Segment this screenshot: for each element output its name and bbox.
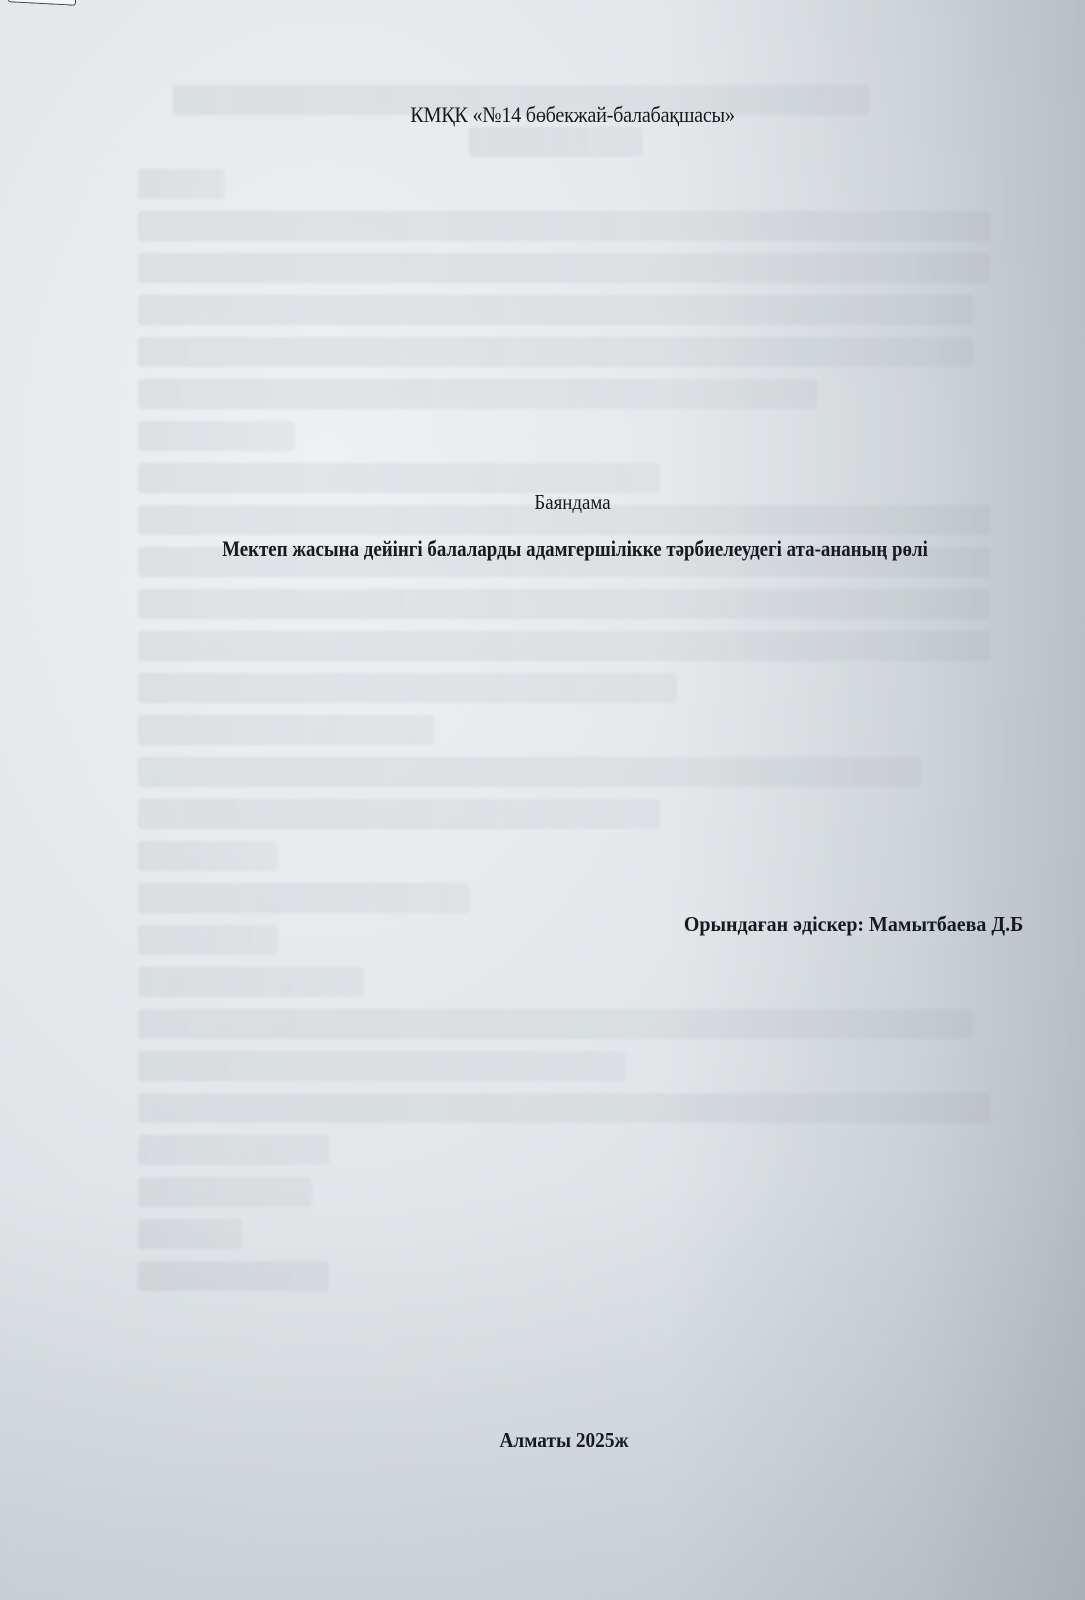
paper-shadow-bottom [0, 1180, 1085, 1600]
author-line: Орындаған әдіскер: Мамытбаева Д.Б [684, 912, 1023, 937]
city-year: Алматы 2025ж [45, 1428, 1083, 1453]
paper-shadow-right [665, 0, 1085, 1600]
reverse-page-bleed-through [138, 85, 1008, 1303]
institution-name: КМҚК «№14 бөбекжай-балабақшасы» [46, 102, 1085, 128]
paper-clip-edge [8, 0, 76, 6]
document-type: Баяндама [57, 490, 1085, 515]
document-title: Мектеп жасына дейінгі балаларды адамгерш… [184, 535, 967, 562]
